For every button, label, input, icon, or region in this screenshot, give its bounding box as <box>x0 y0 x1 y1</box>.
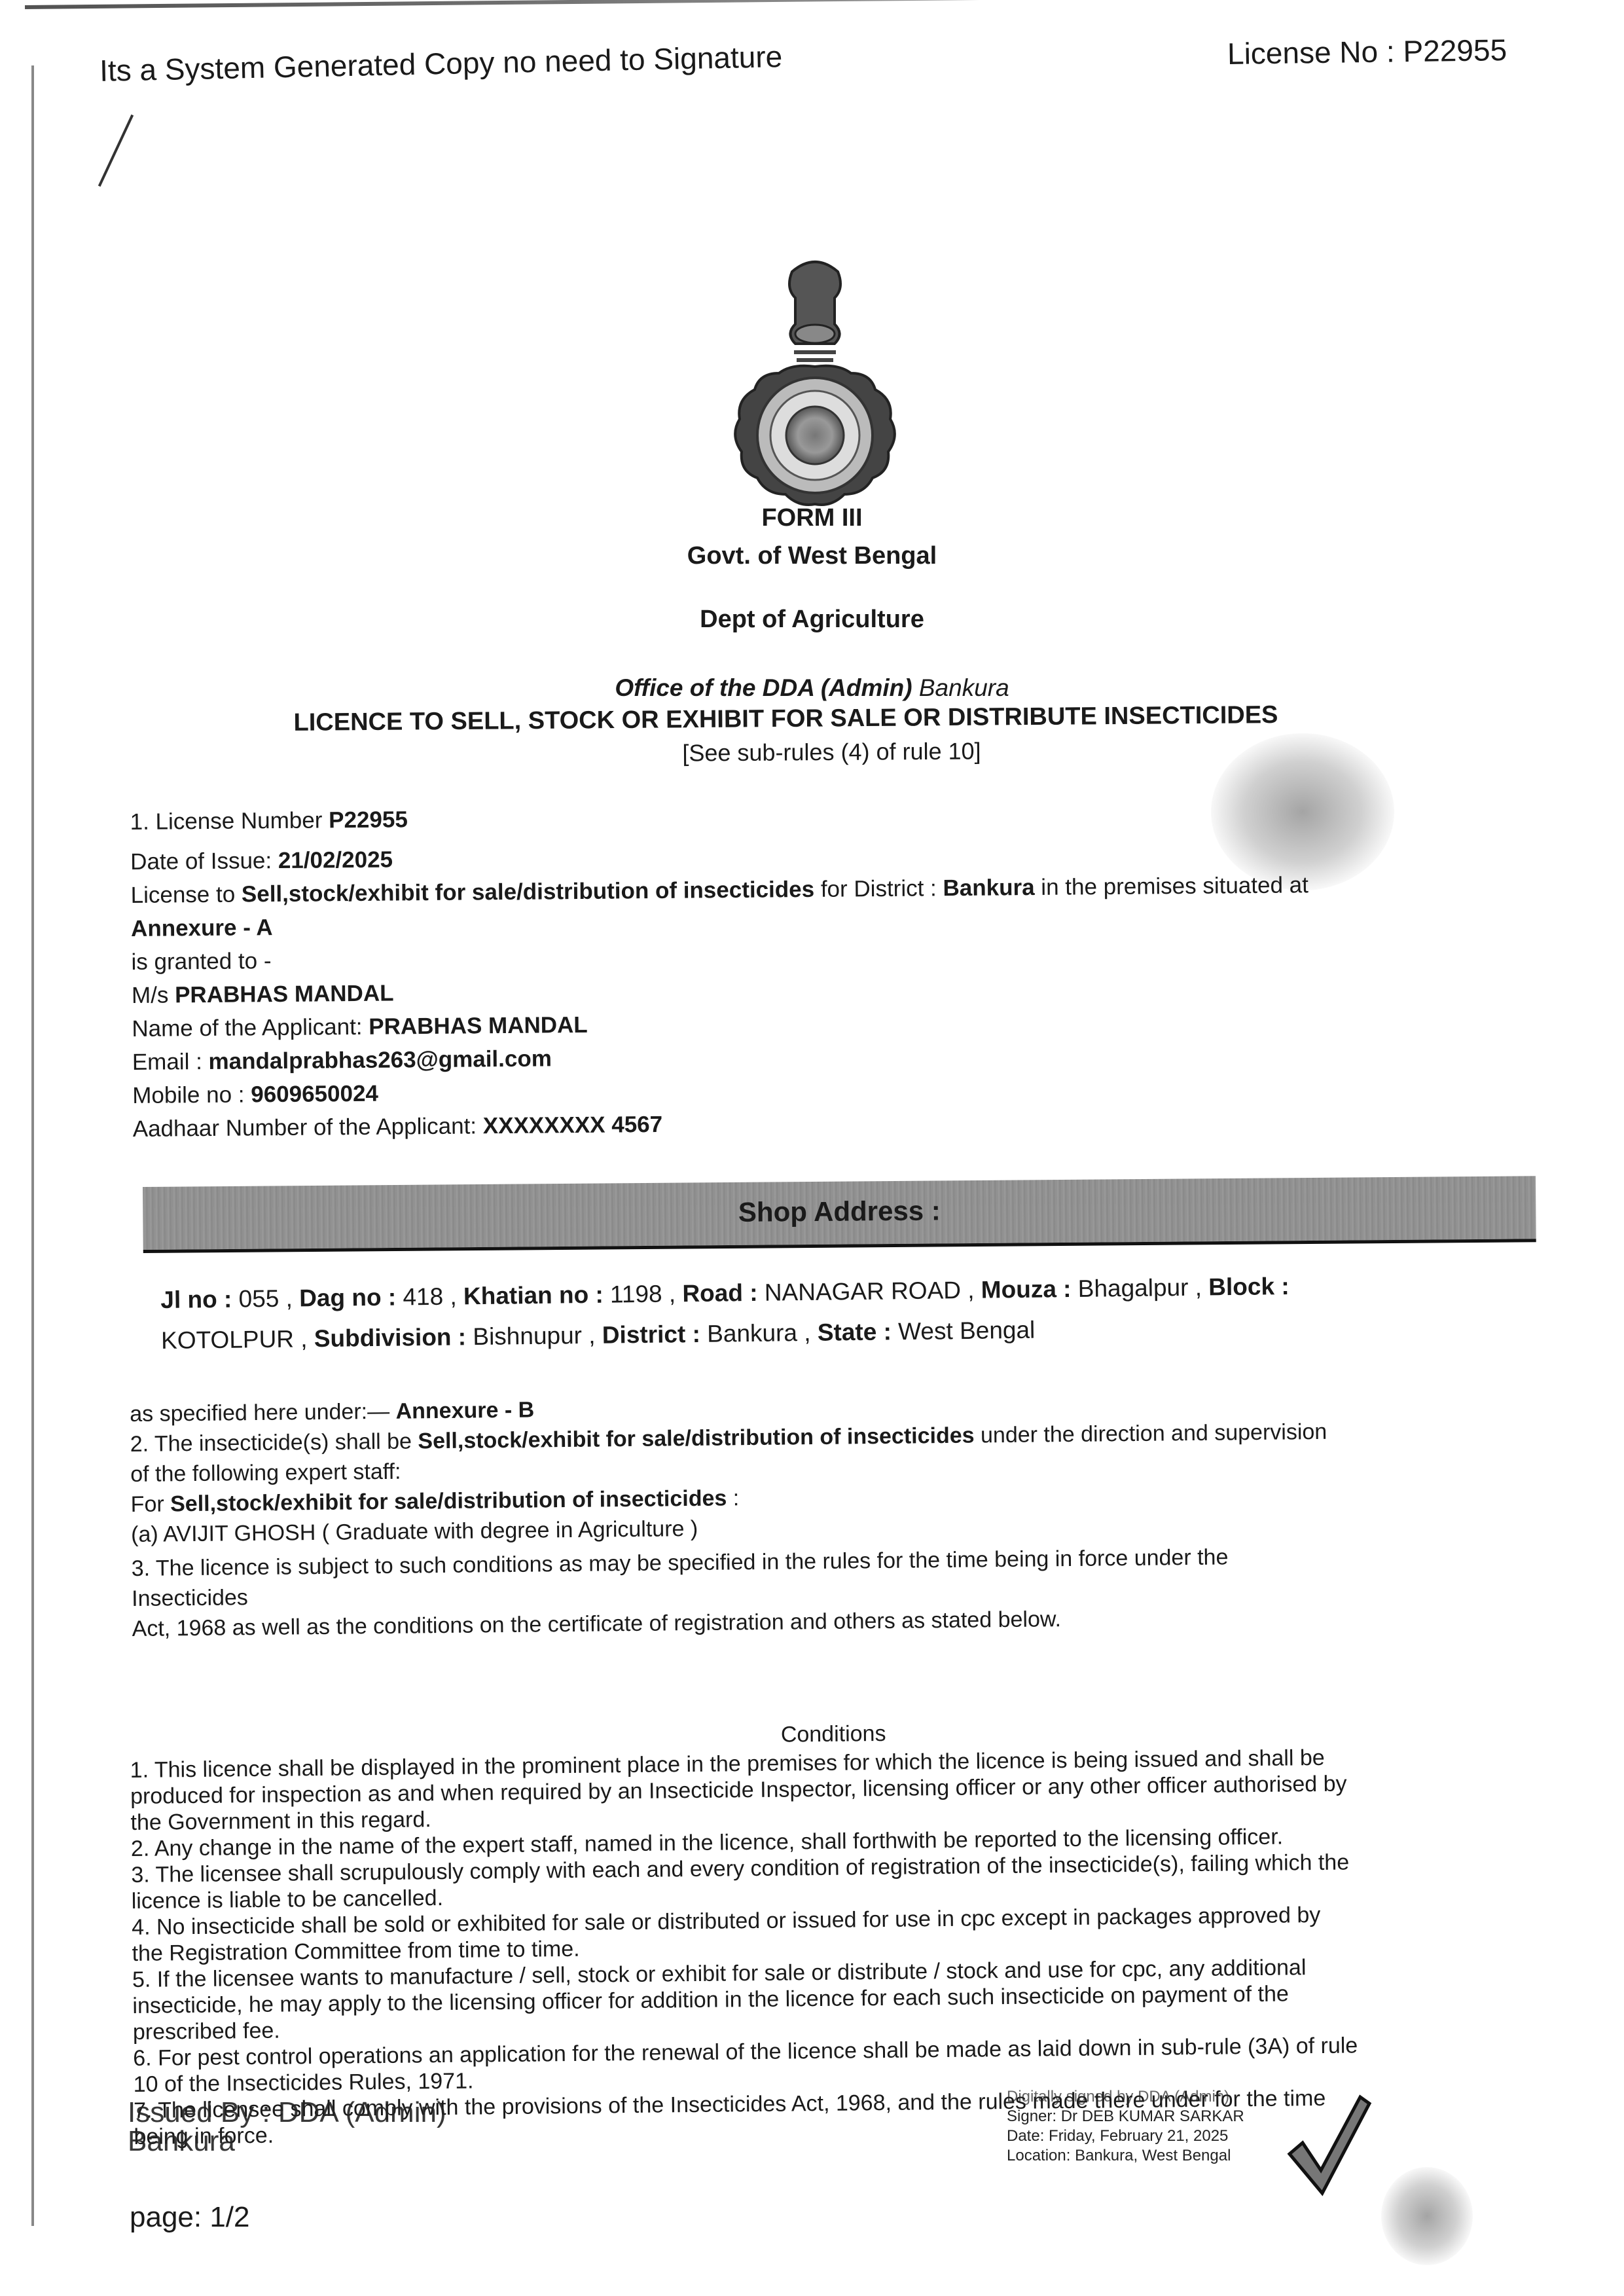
shop-address-heading: Shop Address : <box>143 1190 1536 1233</box>
license-district: Bankura <box>943 875 1034 901</box>
address-field-value: Bhagalpur , <box>1078 1273 1209 1302</box>
signature-title: Digitally signed by DDA (Admin) <box>1007 2087 1244 2107</box>
address-field-value: Bankura , <box>707 1319 818 1347</box>
form-number: FORM III <box>0 504 1624 532</box>
address-field-label: Road : <box>682 1279 765 1307</box>
address-field-label: Khatian no : <box>463 1281 611 1310</box>
page-number: page: 1/2 <box>130 2201 250 2234</box>
pen-mark <box>98 115 134 187</box>
signature-date: Date: Friday, February 21, 2025 <box>1007 2126 1244 2146</box>
mobile-value: 9609650024 <box>251 1081 378 1108</box>
signature-signer: Signer: Dr DEB KUMAR SARKAR <box>1007 2107 1244 2126</box>
expert-staff-section: as specified here under:— Annexure - B 2… <box>130 1384 1572 1644</box>
address-field-value: 418 , <box>403 1283 463 1310</box>
issued-by-place: Bankura <box>128 2127 446 2156</box>
office-name: Office of the DDA (Admin) Bankura <box>0 674 1624 702</box>
address-field-label: Dag no : <box>299 1283 403 1311</box>
scan-edge-top <box>25 0 1622 9</box>
licence-details: 1. License Number P22955 Date of Issue: … <box>130 760 1573 1146</box>
annexure-b: Annexure - B <box>395 1398 534 1424</box>
fingerprint-smudge <box>1381 2167 1473 2265</box>
address-field-value: NANAGAR ROAD , <box>765 1277 981 1306</box>
shop-address-banner: Shop Address : <box>143 1176 1536 1253</box>
conditions-section: Conditions 1. This licence shall be disp… <box>130 1713 1574 2150</box>
address-field-label: State : <box>818 1318 899 1346</box>
license-number-header: License No : P22955 <box>1227 32 1507 71</box>
signature-location: Location: Bankura, West Bengal <box>1007 2146 1244 2166</box>
government-name: Govt. of West Bengal <box>0 542 1624 570</box>
address-field-label: Mouza : <box>981 1275 1078 1303</box>
issue-date-value: 21/02/2025 <box>278 847 393 873</box>
address-field-value: 1198 , <box>610 1280 683 1307</box>
address-field-value: KOTOLPUR , <box>161 1325 314 1354</box>
office-district: Bankura <box>919 674 1009 701</box>
issued-by-authority: Issued By : DDA (Admin) <box>128 2098 446 2127</box>
licence-title: LICENCE TO SELL, STOCK OR EXHIBIT FOR SA… <box>0 699 1598 739</box>
applicant-name: PRABHAS MANDAL <box>369 1012 588 1040</box>
license-number-line: 1. License Number P22955 <box>130 793 1570 839</box>
address-field-value: 055 , <box>238 1285 299 1312</box>
checkmark-icon <box>1283 2092 1375 2196</box>
address-field-label: Block : <box>1208 1273 1290 1301</box>
licence-page: Its a System Generated Copy no need to S… <box>0 0 1624 2296</box>
issued-by: Issued By : DDA (Admin) Bankura <box>128 2098 446 2156</box>
email-value: mandalprabhas263@gmail.com <box>208 1046 552 1074</box>
address-field-label: Jl no : <box>160 1286 239 1313</box>
department-name: Dept of Agriculture <box>0 606 1624 634</box>
system-generated-note: Its a System Generated Copy no need to S… <box>99 39 783 88</box>
address-field-value: Bishnupur , <box>473 1322 602 1350</box>
aadhaar-value: XXXXXXXX 4567 <box>483 1112 663 1139</box>
conditions-list: 1. This licence shall be displayed in th… <box>130 1742 1574 2150</box>
address-field-label: Subdivision : <box>314 1323 473 1352</box>
shop-address-details: Jl no : 055 , Dag no : 418 , Khatian no … <box>160 1263 1568 1361</box>
license-number-value: P22955 <box>329 807 408 833</box>
office-prefix: Office of the DDA (Admin) <box>615 674 912 701</box>
firm-name: PRABHAS MANDAL <box>175 980 394 1008</box>
west-bengal-emblem-icon <box>704 252 926 527</box>
address-field-label: District : <box>602 1321 708 1349</box>
address-field-value: West Bengal <box>898 1317 1036 1345</box>
license-activity: Sell,stock/exhibit for sale/distribution… <box>242 877 815 907</box>
scan-edge-left <box>31 65 34 2226</box>
digital-signature-block: Digitally signed by DDA (Admin) Signer: … <box>1007 2087 1244 2166</box>
